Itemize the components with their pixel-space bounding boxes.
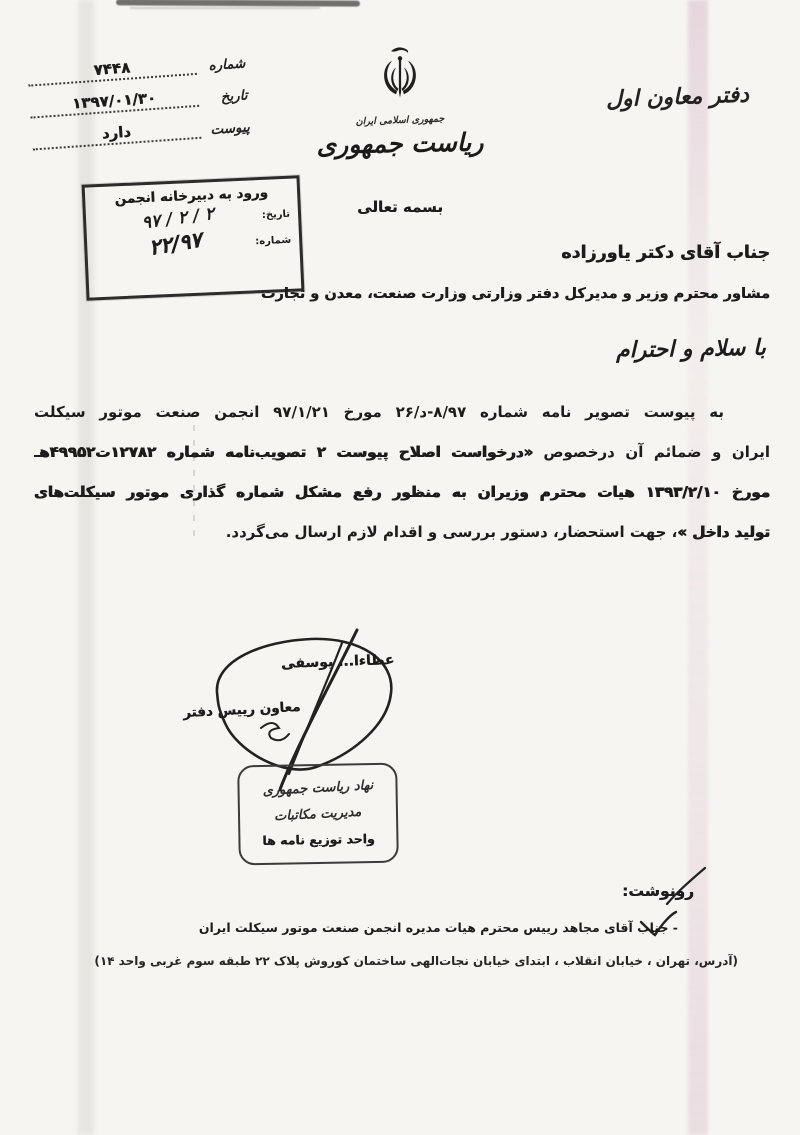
- salutation: با سلام و احترام: [616, 335, 766, 364]
- body-line-4: تولید داخل »، جهت استحضار، دستور بررسی و…: [34, 512, 770, 552]
- distribution-stamp: نهاد ریاست جمهوری مدیریت مکاتبات واحد تو…: [237, 763, 399, 866]
- body-line-4-plain: ، جهت استحضار، دستور بررسی و اقدام لازم …: [226, 523, 678, 541]
- body-line-2-bold: «درخواست اصلاح پیوست ۲ تصویب‌نامه شماره …: [34, 443, 533, 461]
- body-line-2: ایران و ضمائم آن درخصوص «درخواست اصلاح پ…: [34, 432, 770, 472]
- entry-stamp: ورود به دبیرخانه انجمن تاریخ: ۲ / ۲ / ۹۷…: [82, 175, 305, 300]
- body-line-2-plain: ایران و ضمائم آن درخصوص: [543, 443, 770, 461]
- iran-emblem-icon: [372, 46, 428, 110]
- cc-recipient: - جناب آقای مجاهد رییس محترم هیات مدیره …: [199, 920, 678, 935]
- signature-block: عطاءا... یوسفی معاون رییس دفتر: [185, 630, 420, 780]
- body-line-3: مورخ ۱۳۹۳/۲/۱۰ هیات محترم وزیران به منظو…: [34, 472, 770, 512]
- addressee-title: مشاور محترم وزیر و مدیرکل دفتر وزارتی وز…: [261, 286, 770, 302]
- cc-label: رونوشت:: [618, 882, 698, 900]
- body-line-1: به پیوست تصویر نامه شماره ۸/۹۷-د/۲۶ مورخ…: [34, 392, 770, 432]
- letter-body: به پیوست تصویر نامه شماره ۸/۹۷-د/۲۶ مورخ…: [34, 392, 770, 552]
- entry-stamp-date-label: تاریخ:: [262, 208, 291, 220]
- scanned-letter-page: شماره ۷۴۴۸ تاریخ ۱۳۹۷/۰۱/۳۰ پیوست دارد: [0, 0, 800, 1135]
- scan-smudge: [116, 0, 360, 7]
- invocation: بسمه تعالی: [290, 198, 510, 216]
- addressee-name: جناب آقای دکتر یاورزاده: [561, 243, 770, 263]
- body-line-4-bold: تولید داخل »: [677, 523, 770, 541]
- cc-address: (آدرس، تهران ، خیابان انقلاب ، ابتدای خی…: [50, 954, 738, 968]
- dist-stamp-line-3: واحد توزیع نامه ها: [262, 831, 375, 848]
- dist-stamp-line-1: نهاد ریاست جمهوری: [262, 778, 373, 799]
- scan-smudge-faint: [130, 7, 320, 9]
- entry-stamp-number-label: شماره:: [255, 235, 291, 248]
- dist-stamp-line-2: مدیریت مکاتبات: [274, 804, 362, 824]
